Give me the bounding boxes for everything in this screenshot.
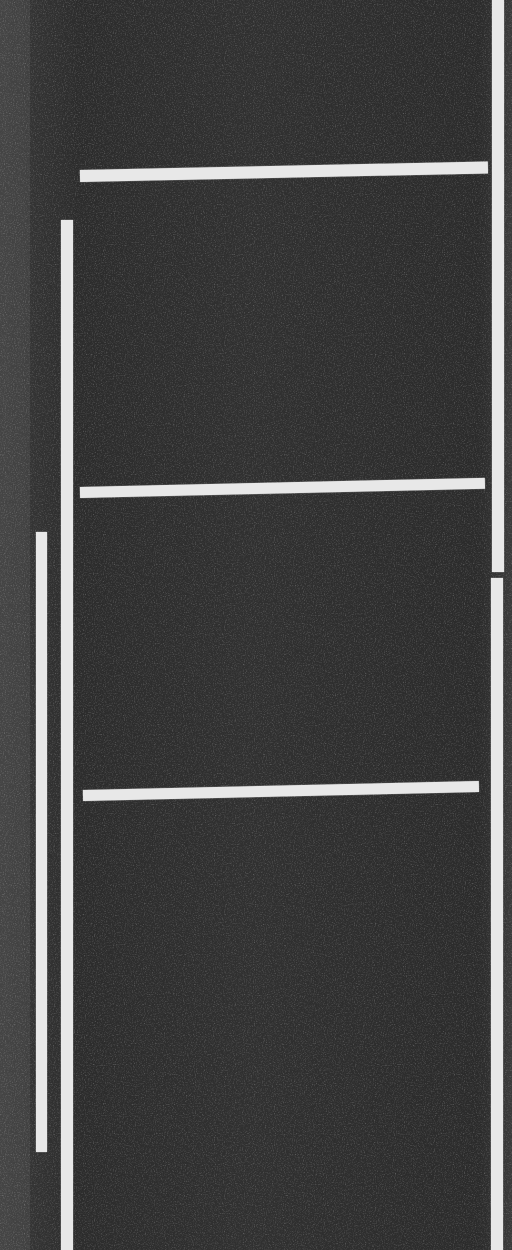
right-edge-line-bottom	[491, 578, 503, 1250]
asphalt-texture	[0, 0, 512, 1250]
left-edge-line	[61, 220, 73, 1250]
right-edge-line-top	[492, 0, 504, 572]
left-inner-stripe	[36, 532, 47, 1152]
aerial-asphalt-image	[0, 0, 512, 1250]
